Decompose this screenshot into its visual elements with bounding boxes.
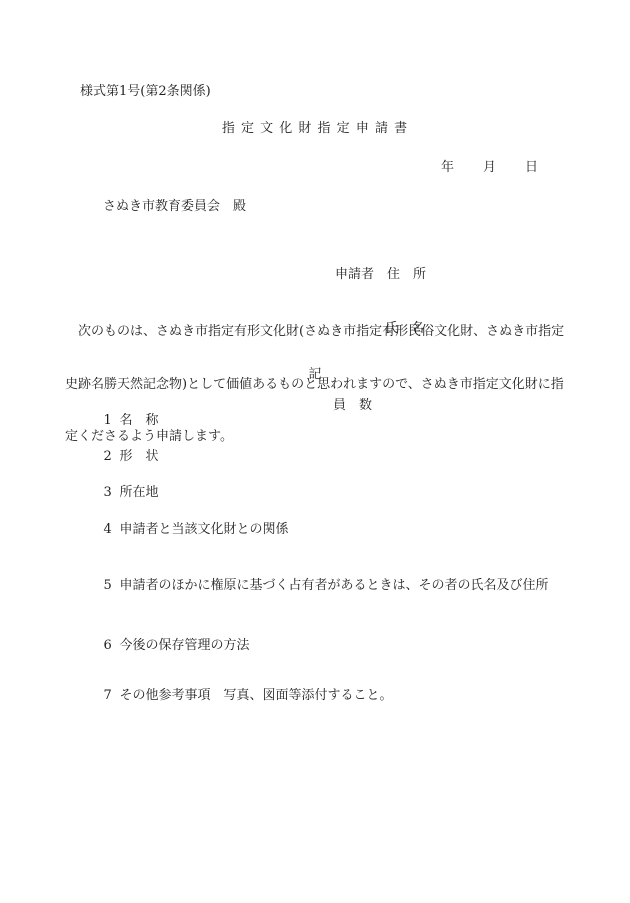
item-number: 6	[104, 638, 120, 653]
document-title: 指 定 文 化 財 指 定 申 請 書	[0, 117, 630, 136]
date-line: 年 月 日	[441, 156, 539, 175]
document-page: 様式第1号(第2条関係) 指 定 文 化 財 指 定 申 請 書 年 月 日 さ…	[0, 0, 630, 903]
applicant-address-label: 申請者 住 所	[335, 266, 426, 284]
list-item-6: 6今後の保存管理の方法	[87, 623, 250, 668]
item-label: 申請者と当該文化財との関係	[120, 522, 289, 537]
item-extra-label: 員 数	[333, 398, 372, 413]
item-number: 3	[104, 485, 120, 500]
item-label: その他参考事項 写真、図面等添付すること。	[120, 688, 393, 703]
list-item-5: 5申請者のほかに権原に基づく占有者があるときは、その者の氏名及び住所	[87, 563, 549, 608]
item-label: 形 状	[120, 449, 159, 464]
list-item-7: 7その他参考事項 写真、図面等添付すること。	[87, 673, 393, 718]
item-number: 2	[104, 449, 120, 464]
list-item-4: 4申請者と当該文化財との関係	[87, 507, 289, 552]
record-heading: 記	[0, 363, 630, 382]
item-label: 所在地	[120, 485, 159, 500]
item-number: 4	[104, 522, 120, 537]
item-label: 今後の保存管理の方法	[120, 638, 250, 653]
item-number: 1	[104, 413, 120, 428]
item-label: 申請者のほかに権原に基づく占有者があるときは、その者の氏名及び住所	[120, 578, 549, 593]
item-label: 名 称	[120, 413, 159, 428]
addressee-line: さぬき市教育委員会 殿	[103, 195, 246, 214]
item-number: 5	[104, 578, 120, 593]
item-number: 7	[104, 688, 120, 703]
body-line-1: 次のものは、さぬき市指定有形文化財(さぬき市指定有形民俗文化財、さぬき市指定	[65, 323, 565, 341]
form-number: 様式第1号(第2条関係)	[80, 80, 211, 99]
